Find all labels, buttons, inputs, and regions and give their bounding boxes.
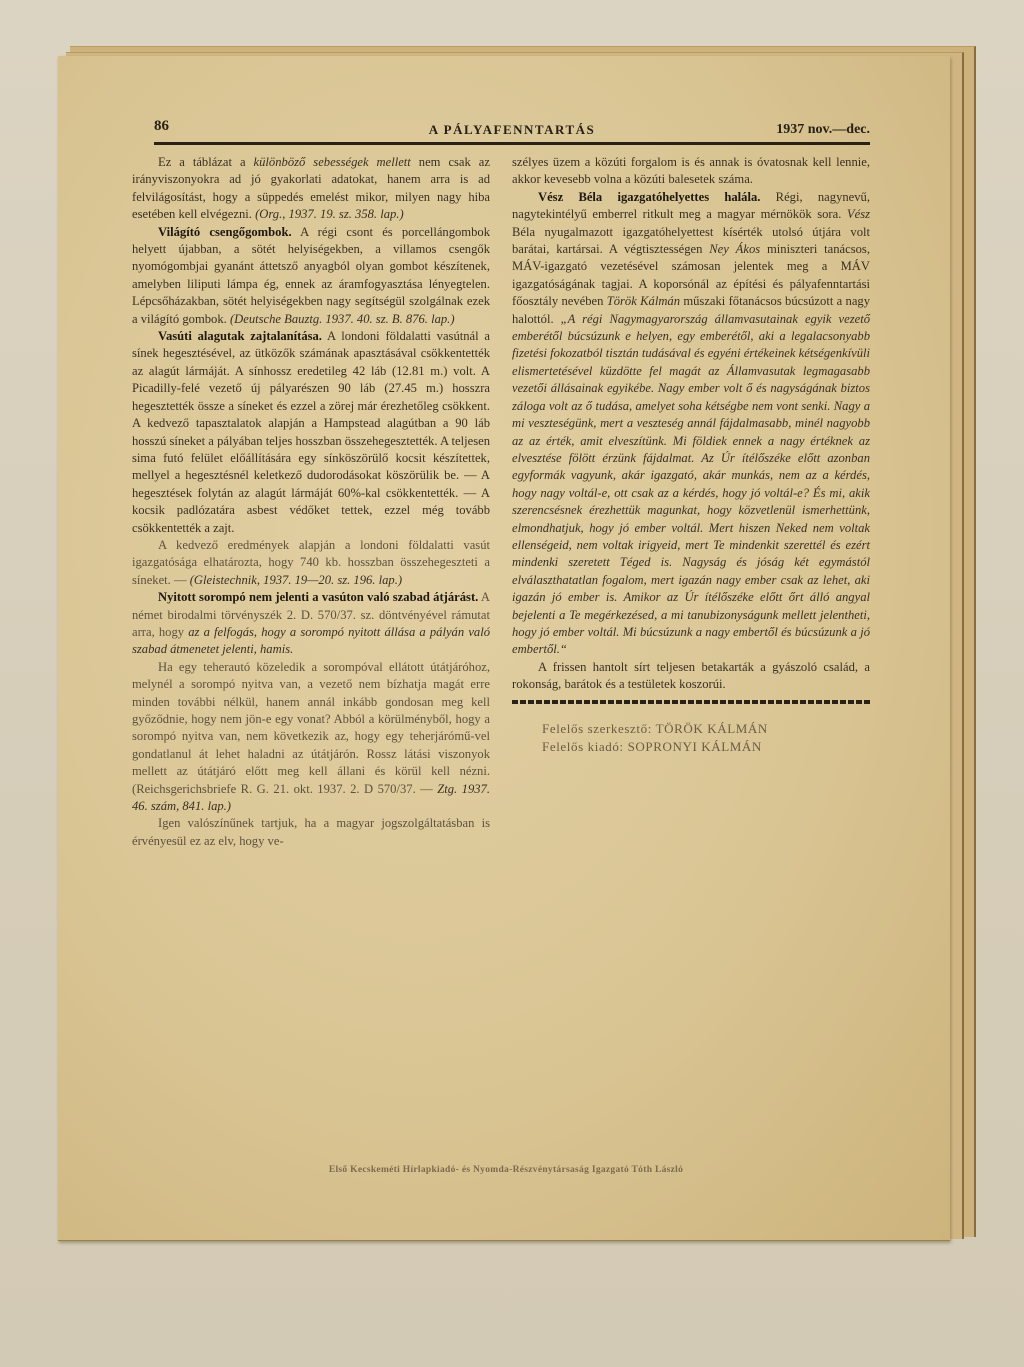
header-rule (154, 142, 870, 145)
paragraph: Igen valószínűnek tartjuk, ha a magyar j… (132, 815, 490, 850)
paragraph: szélyes üzem a közúti forgalom is és ann… (512, 154, 870, 189)
citation: (Deutsche Bauztg. 1937. 40. sz. B. 876. … (230, 312, 455, 326)
dotted-separator (512, 700, 870, 704)
printer-imprint: Első Kecskeméti Hírlapkiadó- és Nyomda-R… (246, 1165, 766, 1175)
paragraph: Ha egy teherautó közeledik a sorompóval … (132, 659, 490, 816)
masthead-credits: Felelős szerkesztő: TÖRÖK KÁLMÁN Felelős… (512, 720, 870, 756)
article-heading: Vasúti alagutak zajtalanítása. (158, 329, 322, 343)
eulogy-quote: „A régi Nagymagyarország államvasutainak… (512, 312, 870, 657)
citation: (Org., 1937. 19. sz. 358. lap.) (255, 207, 404, 221)
citation: (Gleistechnik, 1937. 19—20. sz. 196. lap… (190, 573, 402, 587)
issue-date: 1937 nov.—dec. (776, 122, 870, 138)
left-column: Ez a táblázat a különböző sebességek mel… (132, 154, 490, 850)
editor-line: Felelős szerkesztő: TÖRÖK KÁLMÁN (542, 720, 870, 738)
article-heading: Nyitott sorompó nem jelenti a vasúton va… (158, 590, 478, 604)
article-heading: Vész Béla igazgatóhelyettes halála. (538, 190, 760, 204)
running-header: 86 A PÁLYAFENNTARTÁS 1937 nov.—dec. (154, 114, 870, 138)
paragraph: A frissen hantolt sírt teljesen betakart… (512, 659, 870, 694)
article-heading: Világító csengőgombok. (158, 225, 292, 239)
journal-page: 86 A PÁLYAFENNTARTÁS 1937 nov.—dec. Ez a… (58, 56, 950, 1241)
paragraph: Ez a táblázat a különböző sebességek mel… (132, 154, 490, 224)
paragraph: A kedvező eredmények alapján a londoni f… (132, 537, 490, 589)
article-open-barrier: Nyitott sorompó nem jelenti a vasúton va… (132, 589, 490, 659)
article-illuminated-bell-buttons: Világító csengőgombok. A régi csont és p… (132, 224, 490, 328)
right-column: szélyes üzem a közúti forgalom is és ann… (512, 154, 870, 756)
publisher-line: Felelős kiadó: SOPRONYI KÁLMÁN (542, 738, 870, 756)
article-obituary: Vész Béla igazgatóhelyettes halála. Régi… (512, 189, 870, 659)
journal-title: A PÁLYAFENNTARTÁS (154, 122, 870, 138)
article-tunnel-noise: Vasúti alagutak zajtalanítása. A londoni… (132, 328, 490, 537)
